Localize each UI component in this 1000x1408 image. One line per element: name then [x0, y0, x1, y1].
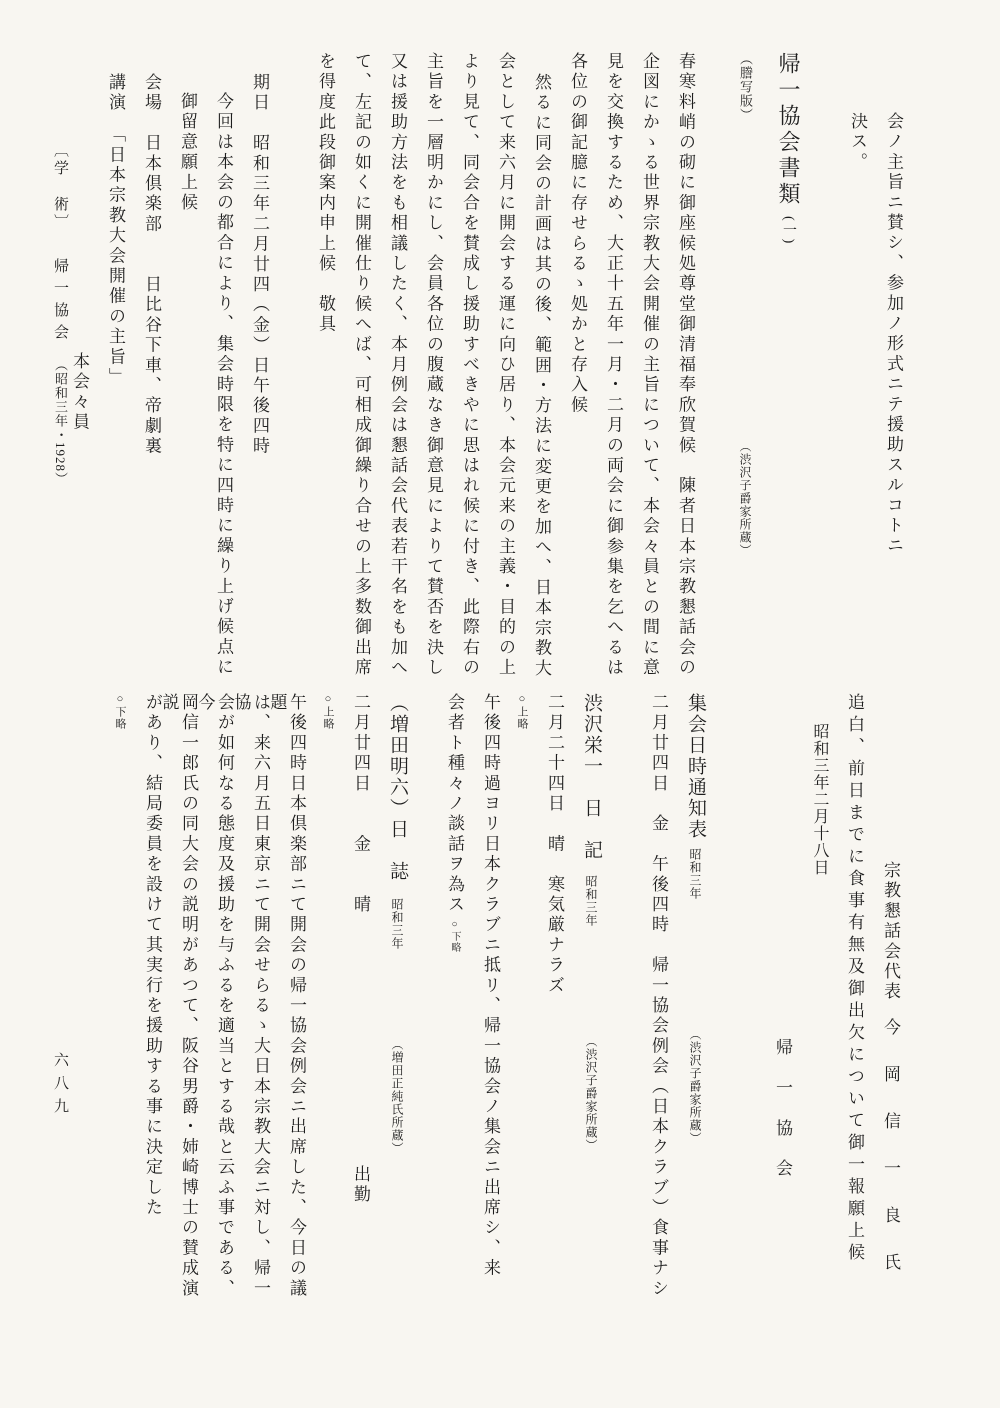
doc1-sender: 帰 一 協 会	[756, 693, 792, 1318]
lower-text-block: 宗教懇話会代表今岡信一良氏 追白、前日までに食事有無及御出欠について御一報願上候…	[98, 693, 900, 1318]
doc1-notice-line: 今回は本会の都合により、集会時限を特に四時に繰り上げ候点に	[197, 52, 233, 697]
doc1-body-line: 見を交換するため、大正十五年一月・二月の両会に御参集を乞へるは	[587, 52, 623, 697]
doc1-venue-line: 会場 日本倶楽部 日比谷下車、帝劇裏	[125, 52, 161, 697]
doc2-year-note: 昭和三年	[687, 848, 701, 900]
page-number: 六八九	[52, 1052, 67, 1121]
doc1-speaker-name: 今岡信一良氏	[880, 1018, 900, 1300]
doc2-title: 集会日時通知表	[685, 693, 706, 840]
doc1-speaker-column: 宗教懇話会代表今岡信一良氏	[864, 693, 900, 1318]
doc4-date-line: 二月廿四日 金 晴	[351, 693, 370, 915]
doc2-owner-note: （渋沢子爵家所蔵）	[687, 1028, 701, 1145]
doc3-owner-note: （渋沢子爵家所蔵）	[583, 1035, 597, 1152]
doc4-title-column: （増田明六）日 誌昭和三年（増田正純氏所蔵）	[370, 693, 408, 1318]
doc1-title-column: 帰一協会書類(一)	[755, 52, 801, 697]
doc3-diary-line: 午後四時過ヨリ日本クラブニ抵リ、帰一協会ノ集会ニ出席シ、来	[464, 693, 500, 1318]
doc1-body-line: 企図にかゝる世界宗教大会開催の主旨について、本会々員との間に意	[623, 52, 659, 697]
doc4-diary-line: は、来六月五日東京ニて開会せらるゝ大日本宗教大会ニ対し、帰一協	[234, 693, 270, 1318]
doc3-omission-bottom: ○下略	[449, 919, 461, 953]
doc1-print-note: （謄写版）	[738, 52, 753, 122]
doc4-diary-line: 会が如何なる態度及援助を与ふるを適当とする哉と云ふ事である、今	[198, 693, 234, 1318]
doc1-body-line: 各位の御記臆に存せらるゝ処かと存入候	[551, 52, 587, 697]
doc1-body-line: て、左記の如くに開催仕り候へば、可相成御繰り合せの上多数御出席	[335, 52, 371, 697]
doc3-diary-line-end: 会者ト種々ノ談話ヲ為ス○下略	[428, 693, 464, 1318]
doc4-diary-line: 午後四時日本倶楽部ニて開会の帰一協会例会ニ出席した、今日の議題	[270, 693, 306, 1318]
doc3-title-column: 渋沢栄一 日 記昭和三年（渋沢子爵家所蔵）	[564, 693, 602, 1318]
doc4-attendance: 出勤	[350, 1165, 370, 1205]
doc1-body-line: 春寒料峭の砌に御座候処尊堂御清福奉欣賀候 陳者日本宗教懇話会の	[659, 52, 695, 697]
upper-text-block: 会ノ主旨ニ賛シ、参加ノ形式ニテ援助スルコトニ 決ス。 帰一協会書類(一) （謄写…	[53, 52, 903, 697]
doc1-schedule-date: 期日 昭和三年二月廿四（金）日午後四時	[233, 52, 269, 697]
doc1-members-signature: 本会々員	[53, 52, 89, 697]
doc1-title-number: (一)	[780, 216, 796, 245]
doc1-owner-note: （渋沢子爵家所蔵）	[737, 440, 751, 557]
doc1-body-line: 会として来六月に開会する運に向ひ居り、本会元来の主義・目的の上	[479, 52, 515, 697]
doc4-omission-top: ○上略	[306, 693, 334, 1318]
doc1-body-line: 又は援助方法をも相議したく、本月例会は懇話会代表若干名をも加へ	[371, 52, 407, 697]
doc1-notice-line: 御留意願上候	[161, 52, 197, 697]
doc1-postscript: 追白、前日までに食事有無及御出欠について御一報願上候	[828, 693, 864, 1318]
doc1-body-line: より見て、同会合を賛成し援助すべきやに思はれ候に付き、此際右の	[443, 52, 479, 697]
doc4-date-column: 二月廿四日 金 晴出勤	[334, 693, 370, 1318]
doc2-entry: 二月廿四日 金 午後四時 帰一協会例会（日本クラブ）食事ナシ	[632, 693, 668, 1318]
doc4-diary-line: があり、結局委員を設けて其実行を援助する事に決定した	[126, 693, 162, 1318]
doc1-body-line: を得度此段御案内申上候 敬具	[299, 52, 335, 697]
doc1-body-line: 然るに同会の計画は其の後、範囲・方法に変更を加へ、日本宗教大	[515, 52, 551, 697]
doc4-year-note: 昭和三年	[389, 898, 403, 950]
doc1-notes-column: （謄写版）（渋沢子爵家所蔵）	[719, 52, 755, 697]
doc2-title-column: 集会日時通知表昭和三年（渋沢子爵家所蔵）	[668, 693, 706, 1318]
doc1-body-line: 主旨を一層明かにし、会員各位の腹蔵なき御意見によりて賛否を決し	[407, 52, 443, 697]
doc4-diary-line: 岡信一郎氏の同大会の説明があつて、阪谷男爵・姉崎博士の賛成演説	[162, 693, 198, 1318]
doc3-year-note: 昭和三年	[583, 875, 597, 927]
doc3-date-line: 二月二十四日 晴 寒気厳ナラズ	[528, 693, 564, 1318]
doc4-title: （増田明六）日 誌	[387, 693, 408, 882]
doc3-omission-top: ○上略	[500, 693, 528, 1318]
doc1-title: 帰一協会書類	[776, 52, 801, 208]
doc4-owner-note: （増田正純氏所蔵）	[389, 1038, 403, 1155]
doc3-diary-line: 会者ト種々ノ談話ヲ為ス	[445, 693, 464, 915]
scanned-book-page: 〔学 術〕帰一協会（昭和三年・1928） 六八九 会ノ主旨ニ賛シ、参加ノ形式ニテ…	[0, 0, 1000, 1408]
doc1-date: 昭和三年二月十八日	[792, 693, 828, 1318]
doc3-title: 渋沢栄一 日 記	[581, 693, 602, 861]
doc1-speaker-title: 宗教懇話会代表	[881, 861, 900, 1002]
resolution-line: 会ノ主旨ニ賛シ、参加ノ形式ニテ援助スルコトニ	[867, 52, 903, 697]
resolution-line: 決ス。	[831, 52, 867, 697]
doc1-lecture-line: 講演 「日本宗教大会開催の主旨」	[89, 52, 125, 697]
doc4-omission-bottom: ○下略	[98, 693, 126, 1318]
